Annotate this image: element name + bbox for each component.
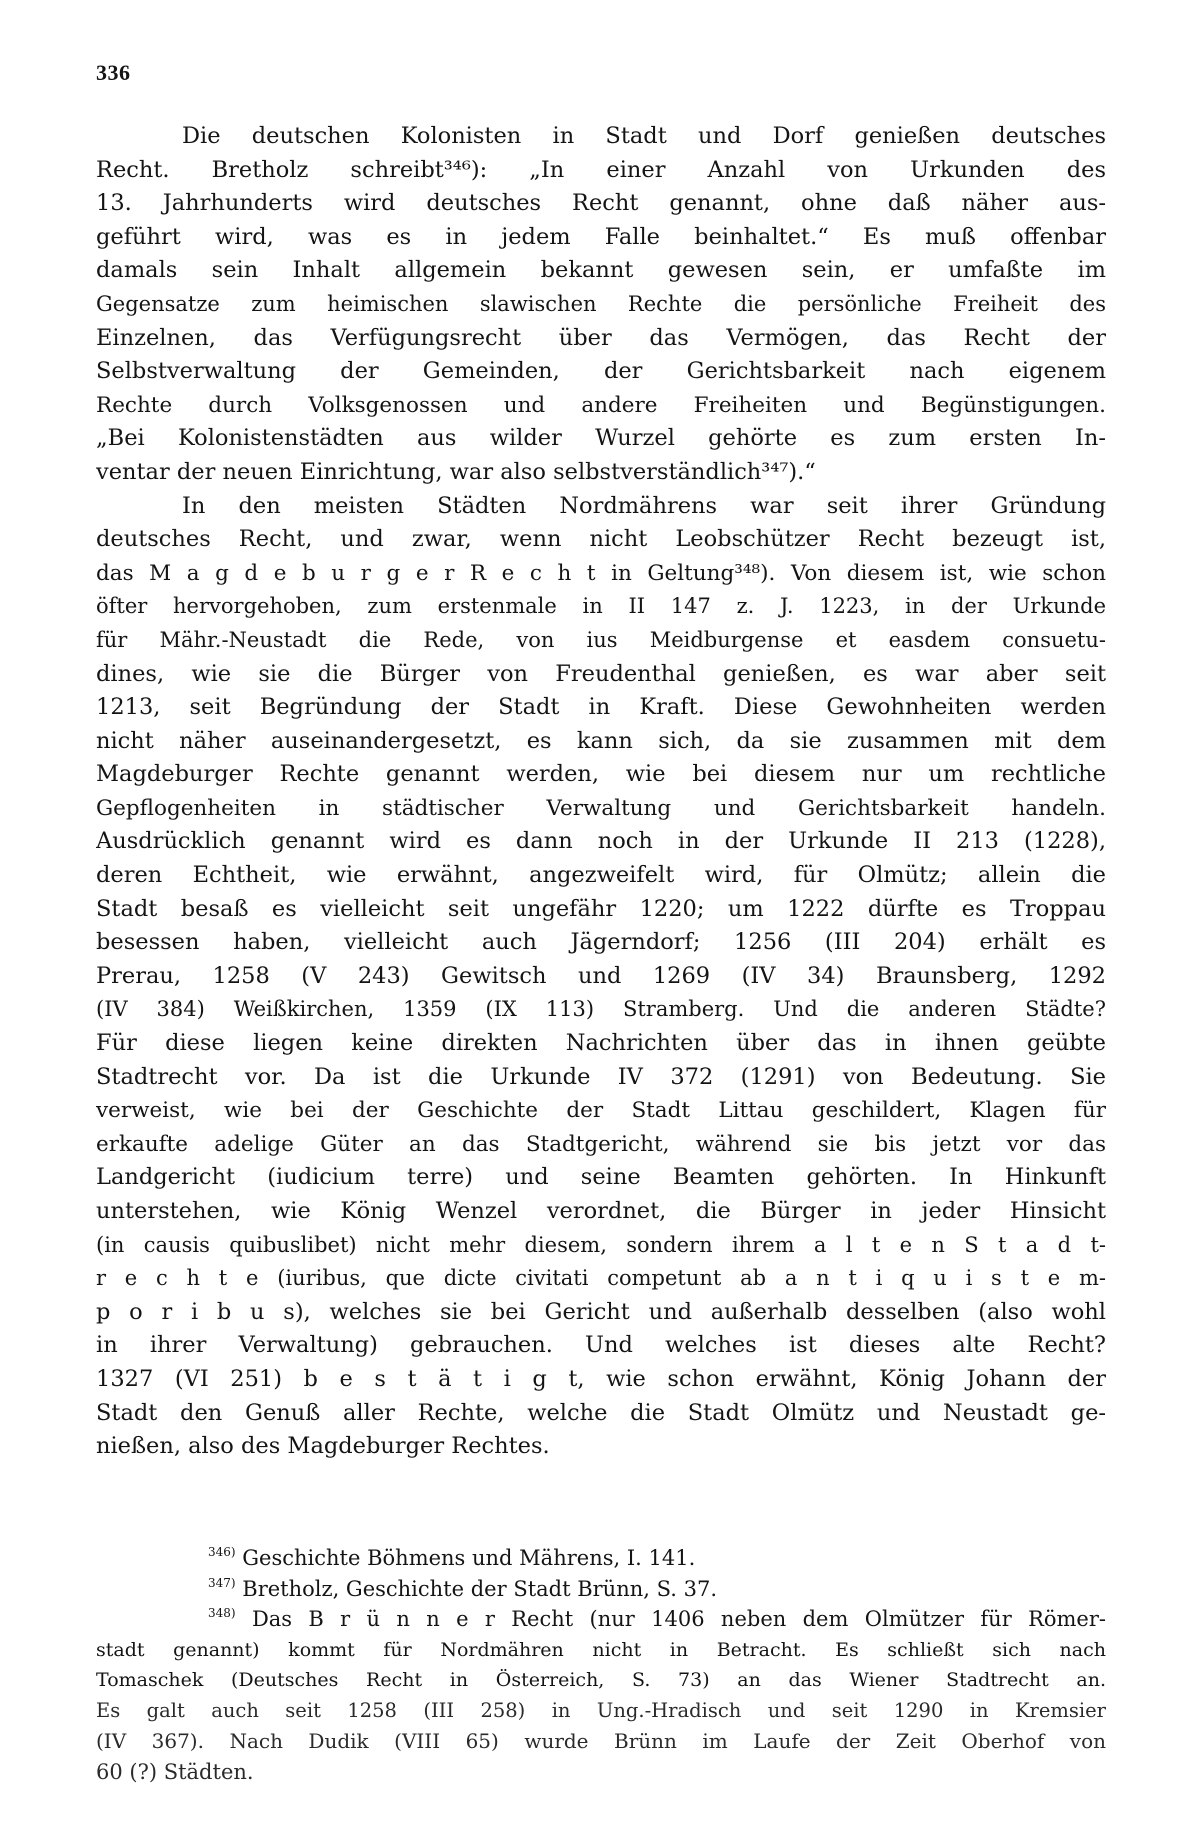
footnote-marker: 347)	[208, 1576, 236, 1590]
footnote-line: Tomaschek (Deutsches Recht in Österreich…	[96, 1665, 1106, 1696]
text-line: damals sein Inhalt allgemein bekannt gew…	[96, 254, 1106, 288]
text-line: in ihrer Verwaltung) gebrauchen. Und wel…	[96, 1329, 1106, 1363]
text-line: das M a g d e b u r g e r R e c h t in G…	[96, 557, 1106, 591]
footnote-line: (IV 367). Nach Dudik (VIII 65) wurde Brü…	[96, 1726, 1106, 1757]
text-line: p o r i b u s), welches sie bei Gericht …	[96, 1296, 1106, 1330]
text-line: Ausdrücklich genannt wird es dann noch i…	[96, 825, 1106, 859]
text-line: Stadtrecht vor. Da ist die Urkunde IV 37…	[96, 1061, 1106, 1095]
footnote-line: 60 (?) Städten.	[96, 1757, 1106, 1788]
text-line: Die deutschen Kolonisten in Stadt und Do…	[96, 120, 1106, 154]
footnote-marker: 346)	[208, 1545, 236, 1559]
footnote-line: 347) Bretholz, Geschichte der Stadt Brün…	[96, 1574, 1106, 1605]
text-line: für Mähr.-Neustadt die Rede, von ius Mei…	[96, 624, 1106, 658]
footnote-text: Geschichte Böhmens und Mährens, I. 141.	[242, 1546, 695, 1570]
text-line: (IV 384) Weißkirchen, 1359 (IX 113) Stra…	[96, 993, 1106, 1027]
text-line: In den meisten Städten Nordmährens war s…	[96, 490, 1106, 524]
text-line: Einzelnen, das Verfügungsrecht über das …	[96, 322, 1106, 356]
footnote-line: 346) Geschichte Böhmens und Mährens, I. …	[96, 1543, 1106, 1574]
text-line: deren Echtheit, wie erwähnt, angezweifel…	[96, 859, 1106, 893]
text-line: (in causis quibuslibet) nicht mehr diese…	[96, 1229, 1106, 1263]
text-line: erkaufte adelige Güter an das Stadtgeric…	[96, 1128, 1106, 1162]
footnote-line: Es galt auch seit 1258 (III 258) in Ung.…	[96, 1696, 1106, 1727]
paragraph-2: In den meisten Städten Nordmährens war s…	[96, 490, 1106, 1464]
page-number: 336	[96, 60, 131, 86]
text-line: ventar der neuen Einrichtung, war also s…	[96, 456, 1106, 490]
text-line: Für diese liegen keine direkten Nachrich…	[96, 1027, 1106, 1061]
text-line: „Bei Kolonistenstädten aus wilder Wurzel…	[96, 422, 1106, 456]
footnote-line: stadt genannt) kommt für Nordmähren nich…	[96, 1635, 1106, 1666]
text-line: Landgericht (iudicium terre) und seine B…	[96, 1161, 1106, 1195]
text-line: 13. Jahrhunderts wird deutsches Recht ge…	[96, 187, 1106, 221]
footnote-text: Bretholz, Geschichte der Stadt Brünn, S.…	[242, 1577, 717, 1601]
text-line: deutsches Recht, und zwar, wenn nicht Le…	[96, 523, 1106, 557]
footnote-line: 348) Das B r ü n n e r Recht (nur 1406 n…	[96, 1604, 1106, 1635]
text-line: Gegensatze zum heimischen slawischen Rec…	[96, 288, 1106, 322]
paragraph-1: Die deutschen Kolonisten in Stadt und Do…	[96, 120, 1106, 490]
text-line: Gepflogenheiten in städtischer Verwaltun…	[96, 792, 1106, 826]
text-line: besessen haben, vielleicht auch Jägerndo…	[96, 926, 1106, 960]
text-line: Magdeburger Rechte genannt werden, wie b…	[96, 758, 1106, 792]
footnotes: 346) Geschichte Böhmens und Mährens, I. …	[96, 1543, 1106, 1787]
text-line: geführt wird, was es in jedem Falle bein…	[96, 221, 1106, 255]
text-line: 1213, seit Begründung der Stadt in Kraft…	[96, 691, 1106, 725]
text-line: Rechte durch Volksgenossen und andere Fr…	[96, 389, 1106, 423]
text-line: nießen, also des Magdeburger Rechtes.	[96, 1430, 1106, 1464]
text-line: Stadt den Genuß aller Rechte, welche die…	[96, 1397, 1106, 1431]
text-line: r e c h t e (iuribus, que dicte civitati…	[96, 1262, 1106, 1296]
text-line: öfter hervorgehoben, zum erstenmale in I…	[96, 590, 1106, 624]
text-line: Prerau, 1258 (V 243) Gewitsch und 1269 (…	[96, 960, 1106, 994]
text-line: dines, wie sie die Bürger von Freudentha…	[96, 658, 1106, 692]
footnote-marker: 348)	[208, 1606, 236, 1620]
footnote-346: 346) Geschichte Böhmens und Mährens, I. …	[96, 1543, 1106, 1574]
text-line: unterstehen, wie König Wenzel verordnet,…	[96, 1195, 1106, 1229]
text-line: Selbstverwaltung der Gemeinden, der Geri…	[96, 355, 1106, 389]
text-line: Stadt besaß es vielleicht seit ungefähr …	[96, 893, 1106, 927]
footnote-347: 347) Bretholz, Geschichte der Stadt Brün…	[96, 1574, 1106, 1605]
footnote-348: 348) Das B r ü n n e r Recht (nur 1406 n…	[96, 1604, 1106, 1787]
text-line: verweist, wie bei der Geschichte der Sta…	[96, 1094, 1106, 1128]
text-line: nicht näher auseinandergesetzt, es kann …	[96, 725, 1106, 759]
text-line: 1327 (VI 251) b e s t ä t i g t, wie sch…	[96, 1363, 1106, 1397]
footnote-text: Das B r ü n n e r Recht (nur 1406 neben …	[252, 1607, 1106, 1631]
text-line: Recht. Bretholz schreibt³⁴⁶): „In einer …	[96, 154, 1106, 188]
body-text: Die deutschen Kolonisten in Stadt und Do…	[96, 120, 1106, 1464]
